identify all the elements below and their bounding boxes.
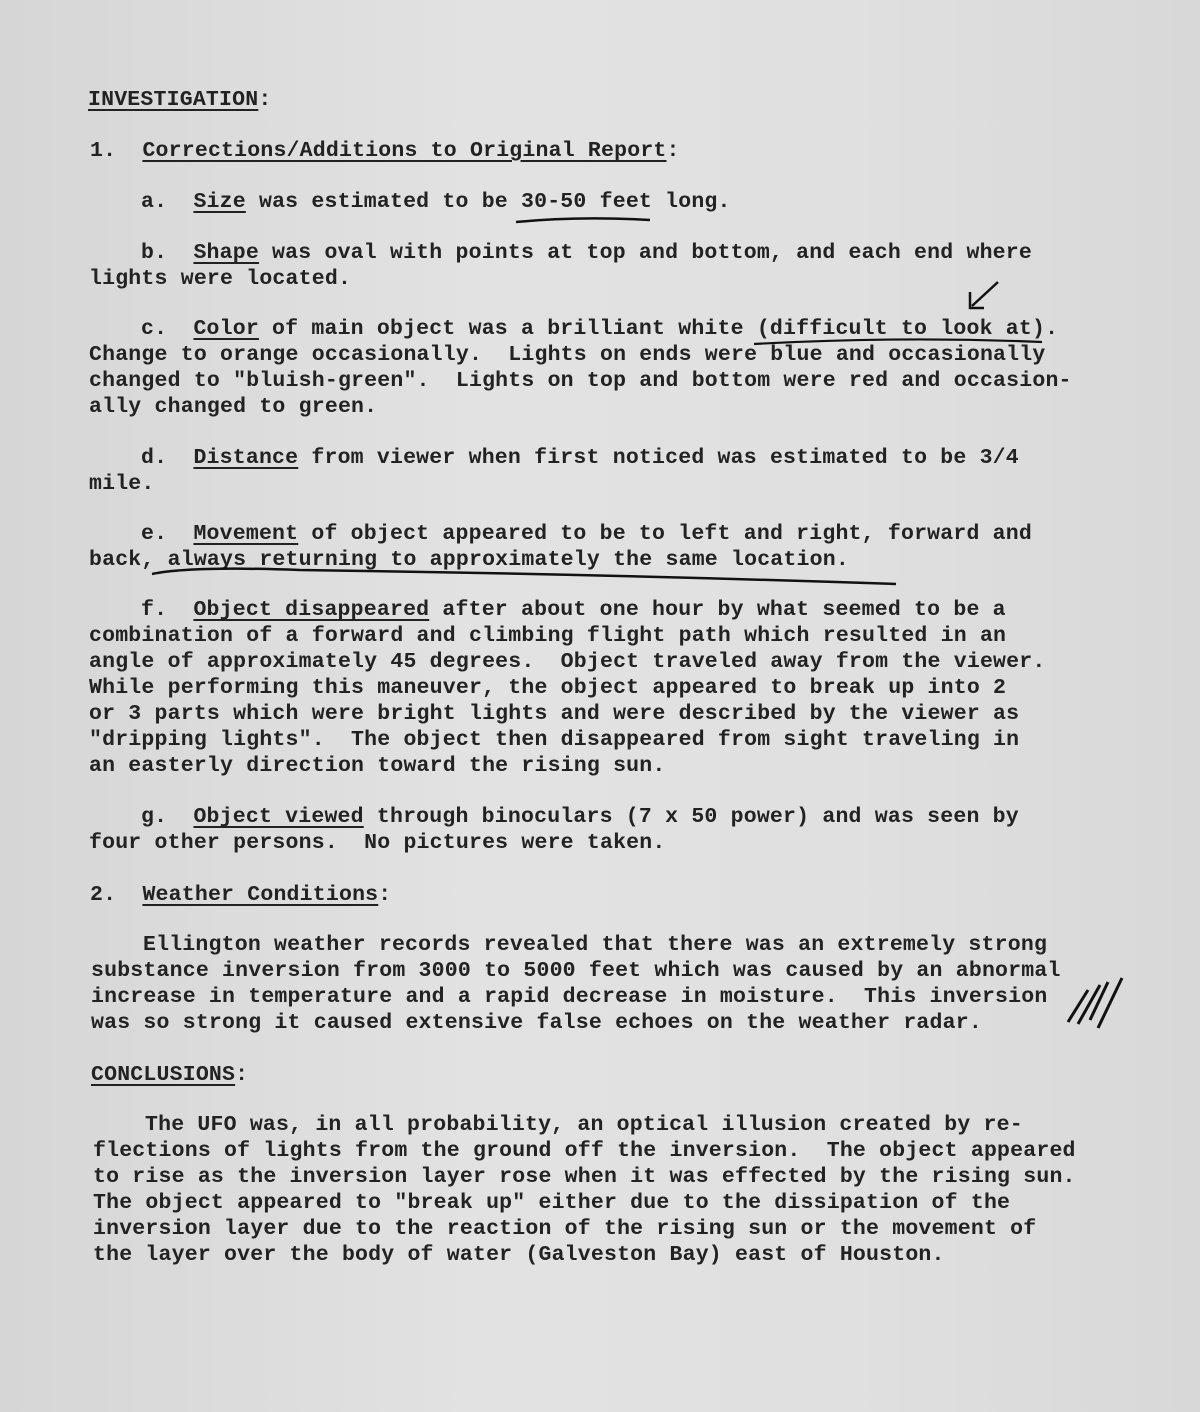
document-page: INVESTIGATION: 1. Corrections/Additions … (0, 0, 1200, 1412)
handwritten-underline-color (754, 339, 1042, 344)
handwritten-underline-movement (152, 569, 896, 584)
handwritten-arrow-icon (970, 282, 998, 308)
handwritten-annotations (0, 0, 1200, 1412)
handwritten-tally-icon (1068, 978, 1122, 1028)
handwritten-underline-size (516, 218, 650, 222)
